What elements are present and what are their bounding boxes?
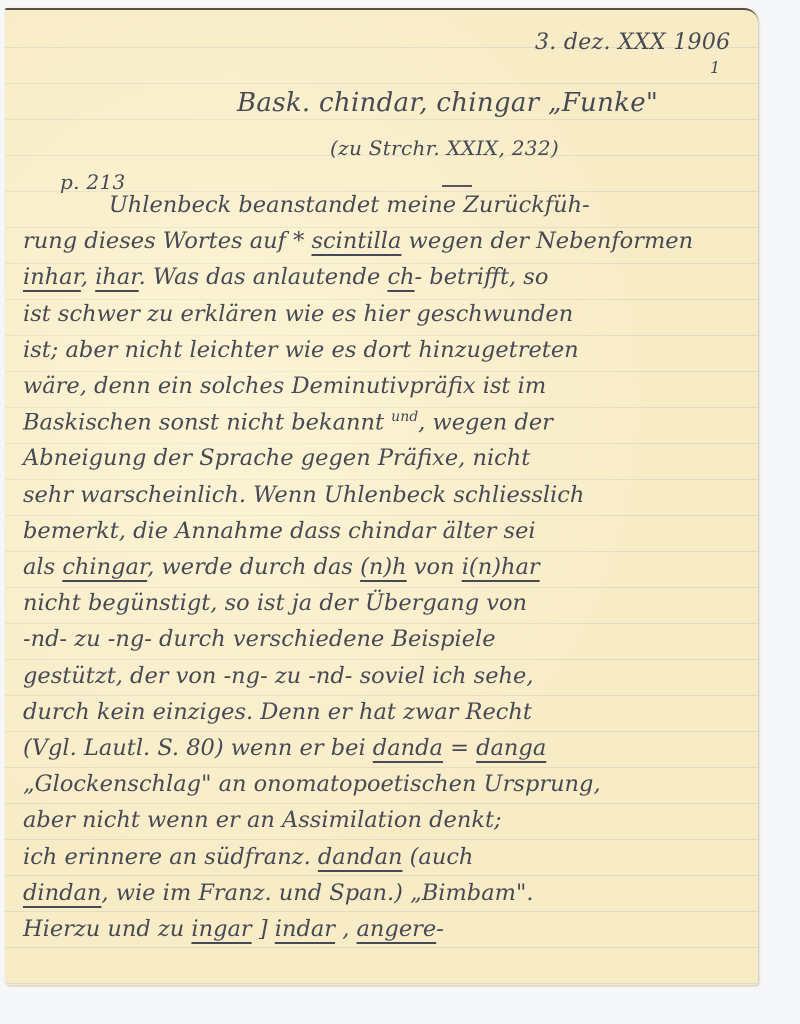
manuscript-line: -nd- zu -ng- durch verschiedene Beispiel… [23,626,496,652]
line-text: bemerkt, die Annahme dass chindar älter … [23,518,536,544]
line-text: gestützt, der von -ng- zu -nd- soviel ic… [23,663,534,689]
line-text: - betrifft, so [415,264,549,290]
underlined-word: danga [476,735,546,761]
manuscript-line: ist schwer zu erklären wie es hier gesch… [23,301,573,327]
manuscript-line: inhar, ihar. Was das anlautende ch- betr… [23,264,548,290]
manuscript-line: als chingar, werde durch das (n)h von i(… [23,554,540,580]
underlined-word: chingar [62,554,147,580]
manuscript-line: gestützt, der von -ng- zu -nd- soviel ic… [23,663,534,689]
manuscript-line: durch kein einziges. Denn er hat zwar Re… [23,699,532,725]
inserted-word: und [391,409,418,425]
line-text: Hierzu und zu [23,916,191,942]
line-text: , werde durch das [147,554,360,580]
line-text: nicht begünstigt, so ist ja der Übergang… [23,590,527,616]
line-text: = [443,735,476,761]
line-text: , [81,264,95,290]
manuscript-line: dindan, wie im Franz. und Span.) „Bimbam… [23,880,533,906]
line-text: sehr warscheinlich. Wenn Uhlenbeck schli… [23,482,584,508]
line-text: , wie im Franz. und Span.) „Bimbam". [101,880,533,906]
line-text: wegen der Nebenformen [401,228,693,254]
line-text: Baskischen sonst nicht bekannt [23,410,391,436]
line-text: wäre, denn ein solches Deminutivpräfix i… [23,373,546,399]
line-text: (Vgl. Lautl. S. 80) wenn er bei [23,735,373,761]
underlined-word: ihar [95,264,138,290]
underlined-word: dandan [318,844,403,870]
line-text: . Was das anlautende [139,264,388,290]
line-text: - [436,916,444,942]
manuscript-line: Hierzu und zu ingar ] indar , angere- [23,916,444,942]
manuscript-line: „Glockenschlag" an onomatopoetischen Urs… [23,771,601,797]
line-text: ] [252,916,275,942]
line-text: , [335,916,356,942]
underlined-word: i(n)har [462,554,540,580]
underlined-word: dindan [23,880,101,906]
line-text: (auch [403,844,474,870]
underlined-word: inhar [23,264,81,290]
manuscript-line: bemerkt, die Annahme dass chindar älter … [23,518,536,544]
manuscript-line: (Vgl. Lautl. S. 80) wenn er bei danda = … [23,735,546,761]
manuscript-line: Abneigung der Sprache gegen Präfixe, nic… [23,445,530,471]
manuscript-line: ich erinnere an südfranz. dandan (auch [23,844,473,870]
manuscript-line: Uhlenbeck beanstandet meine Zurückfüh- [23,192,590,218]
underlined-word: indar [275,916,335,942]
line-text: -nd- zu -ng- durch verschiedene Beispiel… [23,626,496,652]
underlined-word: scintilla [312,228,402,254]
underlined-word: (n)h [360,554,407,580]
line-text: Uhlenbeck beanstandet meine Zurückfüh- [23,192,590,218]
line-text: von [407,554,462,580]
title-divider [442,185,472,187]
manuscript-line: nicht begünstigt, so ist ja der Übergang… [23,590,527,616]
underlined-word: ch [387,264,414,290]
line-text: als [23,554,62,580]
manuscript-line: aber nicht wenn er an Assimilation denkt… [23,807,502,833]
page-number: 1 [710,58,720,77]
page-title: Bask. chindar, chingar „Funke" [237,88,658,118]
manuscript-line: rung dieses Wortes auf * scintilla wegen… [23,228,693,254]
line-text: , wegen der [418,410,553,436]
underlined-word: ingar [191,916,251,942]
underlined-word: angere [357,916,437,942]
line-text: durch kein einziges. Denn er hat zwar Re… [23,699,532,725]
manuscript-line: wäre, denn ein solches Deminutivpräfix i… [23,373,546,399]
underlined-word: danda [373,735,443,761]
line-text: rung dieses Wortes auf * [23,228,312,254]
page-reference: p. 213 [60,170,126,194]
page-subtitle: (zu Strchr. XXIX, 232) [330,136,559,160]
line-text: aber nicht wenn er an Assimilation denkt… [23,807,502,833]
manuscript-line: sehr warscheinlich. Wenn Uhlenbeck schli… [23,482,584,508]
manuscript-page: 3. dez. XXX 1906 1 Bask. chindar, chinga… [5,8,758,985]
line-text: ist schwer zu erklären wie es hier gesch… [23,301,573,327]
date-note: 3. dez. XXX 1906 [535,30,730,55]
line-text: „Glockenschlag" an onomatopoetischen Urs… [23,771,601,797]
manuscript-line: ist; aber nicht leichter wie es dort hin… [23,337,579,363]
line-text: ist; aber nicht leichter wie es dort hin… [23,337,579,363]
manuscript-line: Baskischen sonst nicht bekannt und, wege… [23,409,553,436]
line-text: ich erinnere an südfranz. [23,844,318,870]
line-text: Abneigung der Sprache gegen Präfixe, nic… [23,445,530,471]
